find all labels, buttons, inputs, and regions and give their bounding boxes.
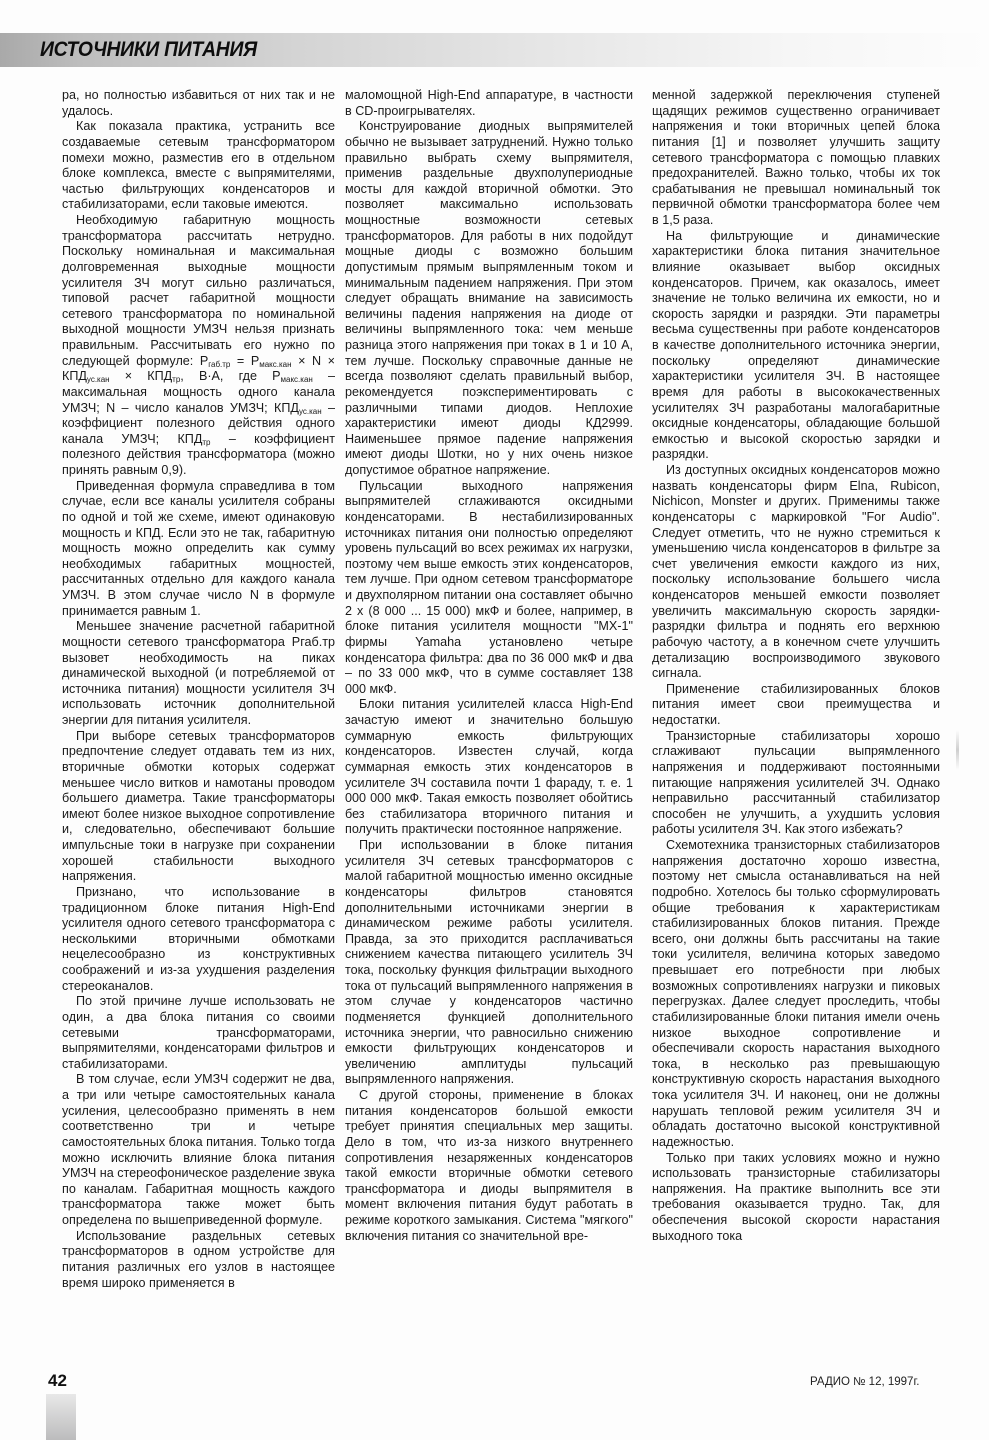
- paragraph: На фильтрующие и динамические характерис…: [652, 229, 940, 463]
- paragraph: Меньшее значение расчетной габаритной мо…: [62, 619, 335, 728]
- paragraph: Из доступных оксидных конденсаторов можн…: [652, 463, 940, 682]
- paragraph: Транзисторные стабилизаторы хорошо сглаж…: [652, 729, 940, 838]
- paragraph-formula: Необходимую габаритную мощность трансфор…: [62, 213, 335, 479]
- paragraph: Блоки питания усилителей класса High-End…: [345, 697, 633, 838]
- paragraph: Использование раздельных сетевых трансфо…: [62, 1229, 335, 1292]
- paragraph: менной задержкой переключения ступеней щ…: [652, 88, 940, 229]
- page-tab-marker: [46, 1394, 76, 1440]
- paragraph: Как показала практика, устранить все соз…: [62, 119, 335, 213]
- paragraph: При выборе сетевых трансформаторов предп…: [62, 729, 335, 885]
- section-title: ИСТОЧНИКИ ПИТАНИЯ: [40, 38, 257, 62]
- paragraph: маломощной High-End аппаратуре, в частно…: [345, 88, 633, 119]
- paragraph: Пульсации выходного напряжения выпрямите…: [345, 479, 633, 698]
- paragraph: Признано, что использование в традиционн…: [62, 885, 335, 994]
- paragraph: Только при таких условиях можно и нужно …: [652, 1151, 940, 1245]
- paragraph: В том случае, если УМЗЧ содержит не два,…: [62, 1072, 335, 1228]
- page-number: 42: [48, 1371, 67, 1391]
- paragraph: По этой причине лучше использовать не од…: [62, 994, 335, 1072]
- publication-footer: РАДИО № 12, 1997г.: [810, 1376, 919, 1388]
- text-column-3: менной задержкой переключения ступеней щ…: [652, 88, 940, 1244]
- paragraph: Приведенная формула справедлива в том сл…: [62, 479, 335, 620]
- paragraph: С другой стороны, применение в блоках пи…: [345, 1088, 633, 1244]
- paragraph: Конструирование диодных выпрямителей обы…: [345, 119, 633, 478]
- scan-artifact: [956, 730, 959, 770]
- text-column-2: маломощной High-End аппаратуре, в частно…: [345, 88, 633, 1244]
- paragraph: Схемотехника транзисторных стабилизаторо…: [652, 838, 940, 1151]
- paragraph: Применение стабилизированных блоков пита…: [652, 682, 940, 729]
- paragraph: При использовании в блоке питания усилит…: [345, 838, 633, 1088]
- paragraph: ра, но полностью избавиться от них так и…: [62, 88, 335, 119]
- text-column-1: ра, но полностью избавиться от них так и…: [62, 88, 335, 1291]
